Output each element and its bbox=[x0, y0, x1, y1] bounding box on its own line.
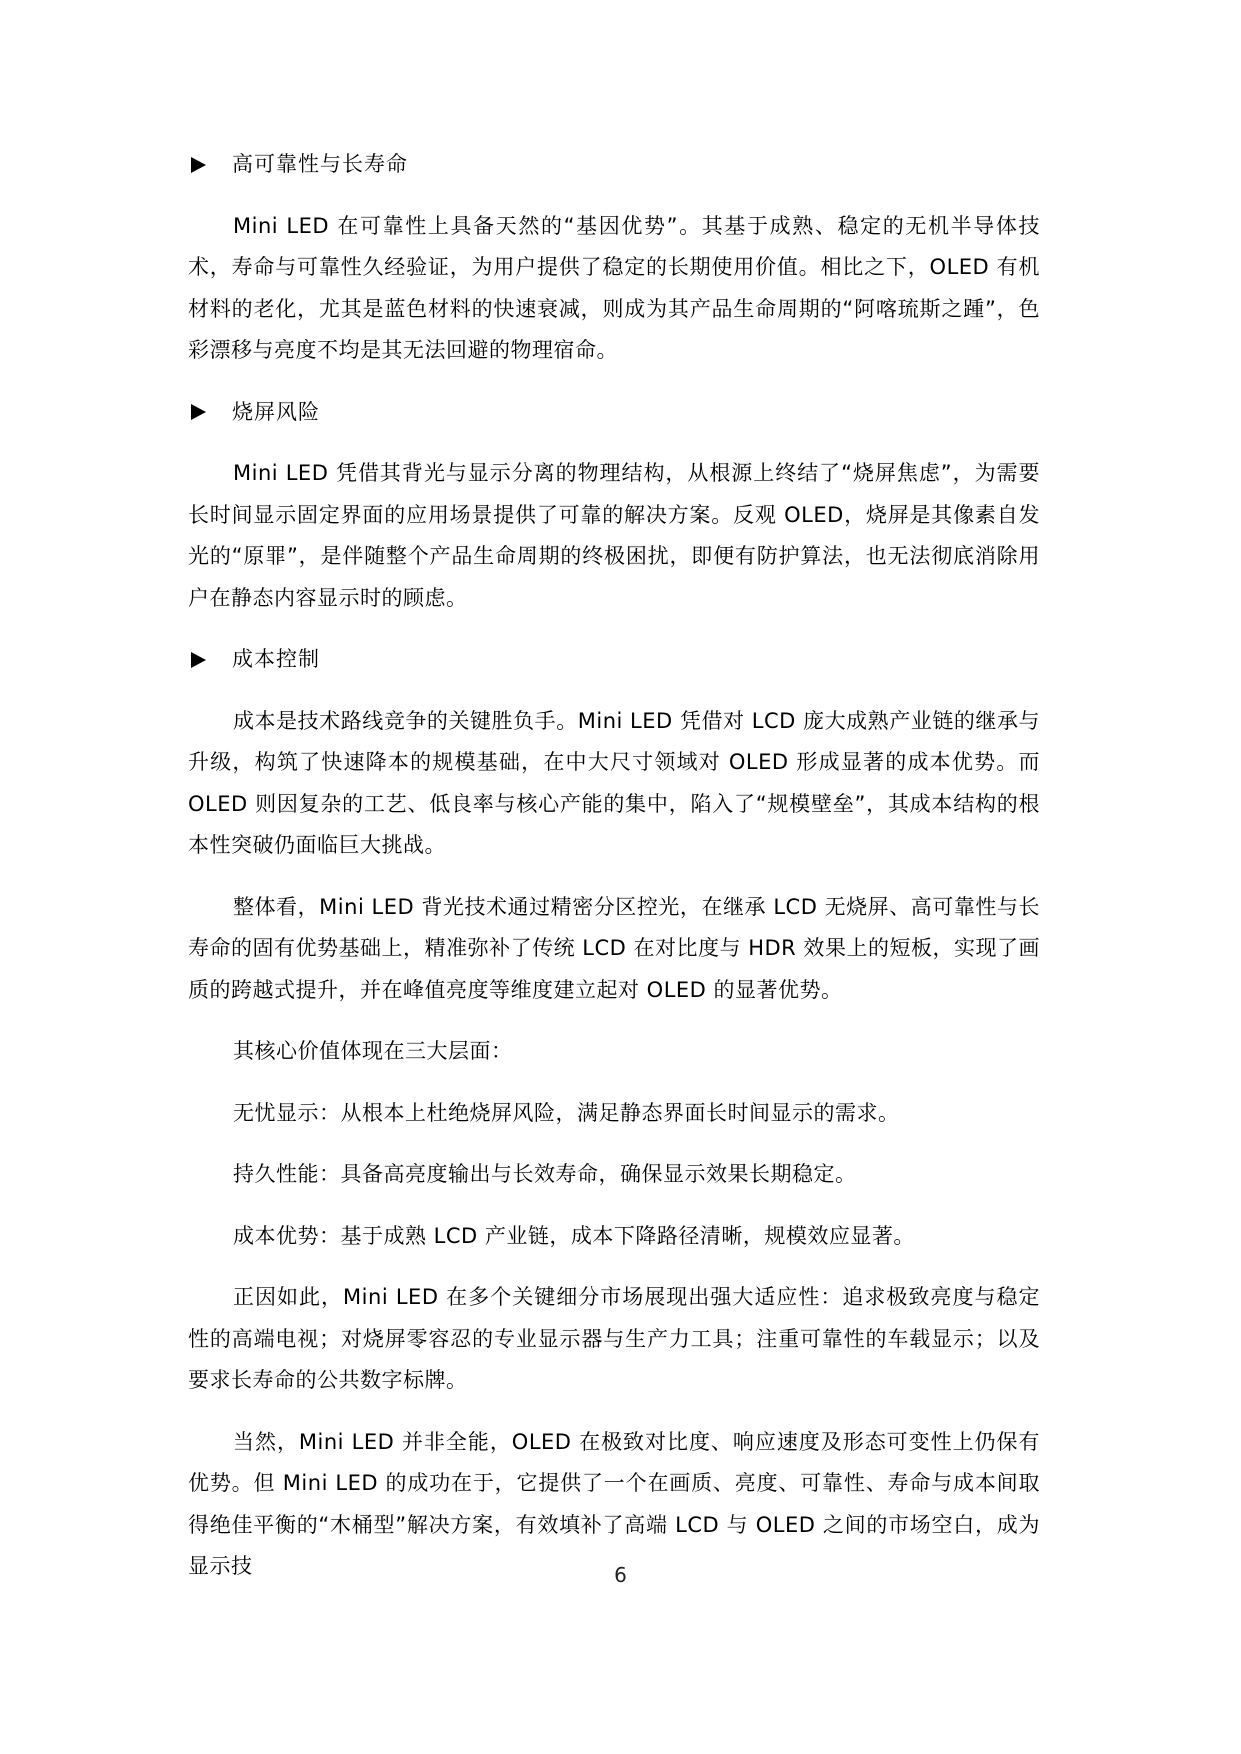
paragraph-core-value-intro: 其核心价值体现在三大层面： bbox=[188, 1031, 1040, 1073]
bullet-label: 高可靠性与长寿命 bbox=[232, 152, 408, 176]
paragraph-reliability: Mini LED 在可靠性上具备天然的“基因优势”。其基于成熟、稳定的无机半导体… bbox=[188, 206, 1040, 372]
paragraph-lasting-performance: 持久性能：具备高亮度输出与长效寿命，确保显示效果长期稳定。 bbox=[188, 1154, 1040, 1196]
paragraph-market-adaptability: 正因如此，Mini LED 在多个关键细分市场展现出强大适应性：追求极致亮度与稳… bbox=[188, 1277, 1040, 1402]
document-page: 高可靠性与长寿命 Mini LED 在可靠性上具备天然的“基因优势”。其基于成熟… bbox=[0, 0, 1241, 1754]
bullet-item-burn-in: 烧屏风险 bbox=[188, 392, 1040, 434]
page-number-footer: 6 bbox=[0, 1560, 1241, 1590]
bullet-arrow-icon bbox=[191, 652, 206, 668]
bullet-label: 成本控制 bbox=[232, 647, 320, 671]
bullet-label: 烧屏风险 bbox=[232, 400, 320, 424]
paragraph-cost-control: 成本是技术路线竞争的关键胜负手。Mini LED 凭借对 LCD 庞大成熟产业链… bbox=[188, 701, 1040, 867]
bullet-item-reliability: 高可靠性与长寿命 bbox=[188, 144, 1040, 186]
bullet-item-cost-control: 成本控制 bbox=[188, 639, 1040, 681]
paragraph-burn-in: Mini LED 凭借其背光与显示分离的物理结构，从根源上终结了“烧屏焦虑”，为… bbox=[188, 453, 1040, 619]
bullet-arrow-icon bbox=[191, 157, 206, 173]
paragraph-worry-free-display: 无忧显示：从根本上杜绝烧屏风险，满足静态界面长时间显示的需求。 bbox=[188, 1093, 1040, 1135]
paragraph-overall-summary: 整体看，Mini LED 背光技术通过精密分区控光，在继承 LCD 无烧屏、高可… bbox=[188, 887, 1040, 1012]
bullet-arrow-icon bbox=[191, 404, 206, 420]
paragraph-cost-advantage: 成本优势：基于成熟 LCD 产业链，成本下降路径清晰，规模效应显著。 bbox=[188, 1216, 1040, 1258]
page-content: 高可靠性与长寿命 Mini LED 在可靠性上具备天然的“基因优势”。其基于成熟… bbox=[188, 144, 1040, 1608]
